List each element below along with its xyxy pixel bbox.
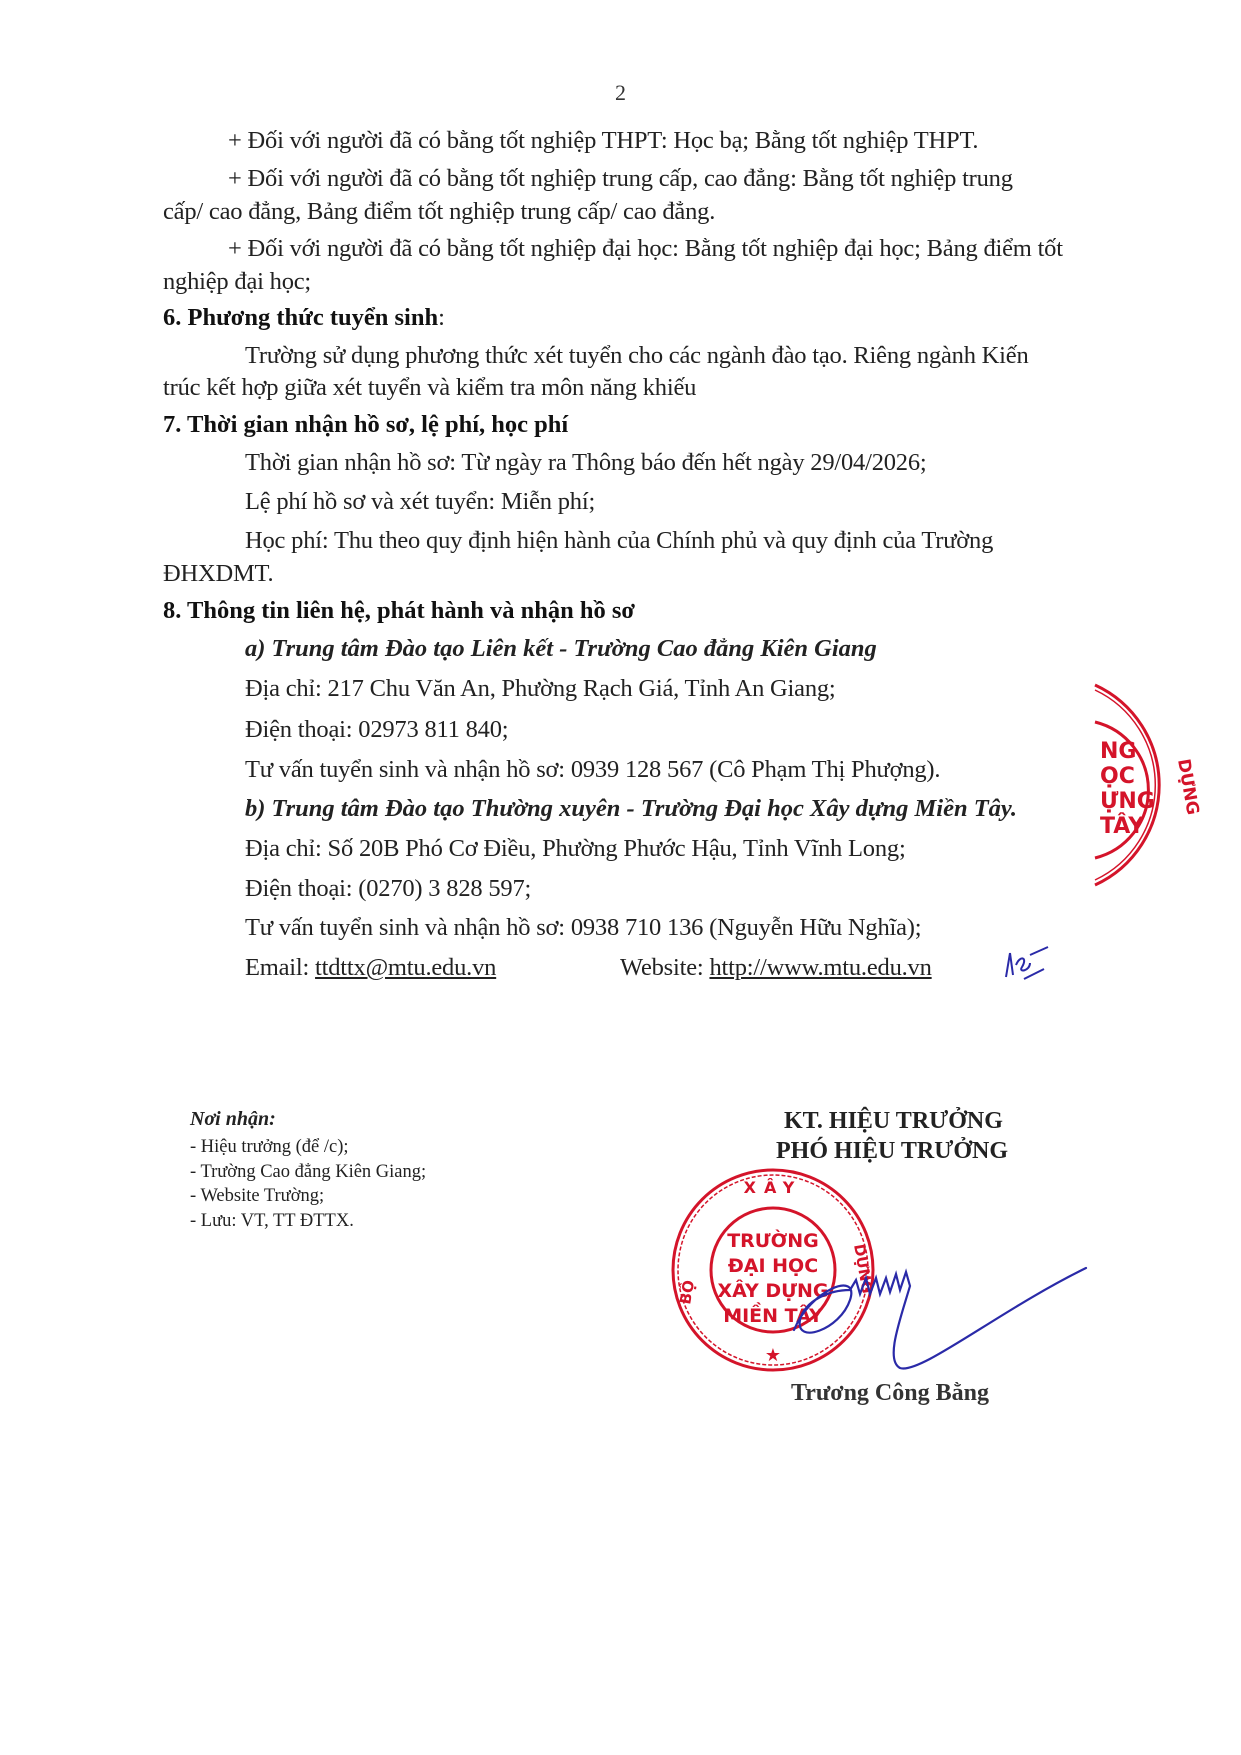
center-b-phone: Điện thoại: (0270) 3 828 597;	[245, 875, 531, 903]
email-link[interactable]: ttdttx@mtu.edu.vn	[315, 954, 496, 981]
recipient-item: - Lưu: VT, TT ĐTTX.	[190, 1209, 426, 1234]
handwritten-signature-icon	[790, 1250, 1090, 1370]
email-label: Email:	[245, 954, 315, 981]
doc-requirement-college-l1: + Đối với người đã có bằng tốt nghiệp tr…	[228, 165, 1013, 193]
center-b-email-row: Email: ttdttx@mtu.edu.vn	[245, 954, 496, 982]
svg-text:DỰNG: DỰNG	[1173, 757, 1203, 816]
doc-requirement-college-l2: cấp/ cao đẳng, Bảng điểm tốt nghiệp trun…	[163, 198, 715, 226]
website-link[interactable]: http://www.mtu.edu.vn	[709, 954, 931, 981]
section7-fee: Lệ phí hồ sơ và xét tuyển: Miễn phí;	[245, 488, 595, 516]
svg-text:★: ★	[765, 1345, 781, 1366]
section8-heading: 8. Thông tin liên hệ, phát hành và nhận …	[163, 597, 635, 625]
svg-text:TRƯỜNG: TRƯỜNG	[727, 1228, 819, 1252]
center-a-phone: Điện thoại: 02973 811 840;	[245, 716, 508, 744]
center-a-consult: Tư vấn tuyển sinh và nhận hồ sơ: 0939 12…	[245, 756, 940, 784]
section6-text-l1: Trường sử dụng phương thức xét tuyển cho…	[245, 342, 1029, 370]
section6-heading: 6. Phương thức tuyển sinh:	[163, 304, 445, 332]
svg-text:XÂY: XÂY	[744, 1178, 803, 1197]
center-a-title: a) Trung tâm Đào tạo Liên kết - Trường C…	[245, 635, 877, 663]
center-b-title: b) Trung tâm Đào tạo Thường xuyên - Trườ…	[245, 795, 1017, 823]
section7-deadline: Thời gian nhận hồ sơ: Từ ngày ra Thông b…	[245, 449, 927, 477]
section7-heading: 7. Thời gian nhận hồ sơ, lệ phí, học phí	[163, 411, 568, 439]
section6-colon: :	[438, 304, 445, 331]
svg-text:ỌC: ỌC	[1100, 764, 1135, 789]
recipient-item: - Trường Cao đẳng Kiên Giang;	[190, 1160, 426, 1185]
website-label: Website:	[620, 954, 709, 981]
doc-requirement-thpt: + Đối với người đã có bằng tốt nghiệp TH…	[228, 127, 978, 155]
recipients-title: Nơi nhận:	[190, 1108, 276, 1131]
signatory-name: Trương Công Bằng	[791, 1380, 989, 1407]
center-a-address: Địa chỉ: 217 Chu Văn An, Phường Rạch Giá…	[245, 675, 836, 703]
recipient-item: - Website Trường;	[190, 1184, 426, 1209]
section6-title: 6. Phương thức tuyển sinh	[163, 304, 438, 331]
recipients-list: - Hiệu trưởng (để /c); - Trường Cao đẳng…	[190, 1135, 426, 1233]
recipient-item: - Hiệu trưởng (để /c);	[190, 1135, 426, 1160]
section6-text-l2: trúc kết hợp giữa xét tuyển và kiểm tra …	[163, 374, 696, 402]
signature-title-2: PHÓ HIỆU TRƯỞNG	[776, 1138, 1008, 1165]
partial-stamp-icon: NG ỌC ỰNG TÂY DỰNG	[1060, 680, 1241, 900]
signature-title-1: KT. HIỆU TRƯỞNG	[784, 1108, 1003, 1135]
page-number: 2	[0, 80, 1241, 106]
section7-tuition-l1: Học phí: Thu theo quy định hiện hành của…	[245, 527, 993, 555]
initials-mark-icon	[1000, 945, 1060, 985]
svg-text:BỘ: BỘ	[674, 1278, 698, 1305]
svg-text:NG: NG	[1100, 739, 1136, 764]
center-b-address: Địa chỉ: Số 20B Phó Cơ Điều, Phường Phướ…	[245, 835, 906, 863]
svg-text:ỰNG: ỰNG	[1100, 789, 1155, 814]
section7-tuition-l2: ĐHXDMT.	[163, 560, 273, 588]
center-b-consult: Tư vấn tuyển sinh và nhận hồ sơ: 0938 71…	[245, 914, 921, 942]
doc-requirement-university-l2: nghiệp đại học;	[163, 268, 311, 296]
doc-requirement-university-l1: + Đối với người đã có bằng tốt nghiệp đạ…	[228, 235, 1063, 263]
svg-text:TÂY: TÂY	[1100, 813, 1145, 839]
center-b-website-row: Website: http://www.mtu.edu.vn	[620, 954, 932, 982]
